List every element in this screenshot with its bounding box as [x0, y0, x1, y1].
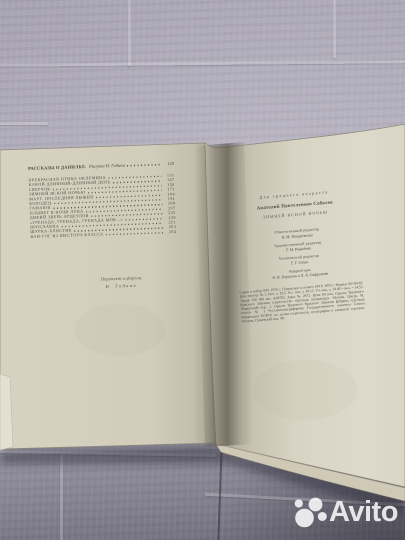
imprint-paragraph: Сдано в набор 9/IV 1976 г. Подписано к п… — [239, 281, 365, 324]
toc-section-title: РАССКАЗЫ О ДАНИЛКЕ. — [28, 164, 87, 171]
photo-of-open-book: РАССКАЗЫ О ДАНИЛКЕ. Рисунки Н. Година 12… — [0, 0, 405, 540]
avito-watermark: Avito — [294, 495, 398, 529]
left-page-footer: Переплет и форзац Н. Година — [58, 273, 185, 307]
avito-wordmark: Avito — [329, 495, 398, 529]
right-page-content: Для среднего возраста Анатолий Пантелеев… — [218, 186, 389, 452]
dot-leader — [127, 161, 161, 167]
avito-logo-icon — [294, 495, 327, 529]
page-stain — [75, 304, 165, 356]
toc-entry-page: 284 — [165, 229, 176, 234]
credits-block: Ответственный редактор В. М. Пацаревская… — [221, 222, 376, 283]
toc-section-illustrator: Рисунки Н. Година — [89, 163, 125, 169]
toc-section-page: 129 — [163, 161, 174, 166]
dot-leader — [105, 230, 163, 236]
toc-list: ПРЕКРАСНАЯ ПТИЦА ОКЛЕМИНА131 КАКОЙ ДЛИНН… — [28, 173, 176, 239]
